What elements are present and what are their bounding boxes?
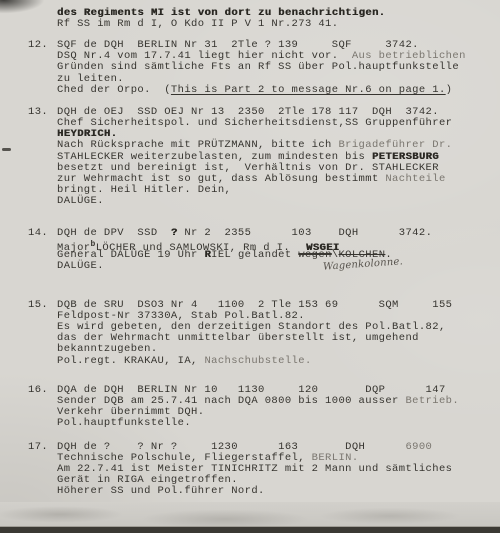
- text-segment: Rf SS im Rm d I, O Kdo II P V 1 Nr.273 4…: [57, 18, 338, 30]
- text-line: Höherer SS und Pol.führer Nord.: [57, 486, 500, 497]
- text-segment: Chef Sicherheitspol. und Sicherheitsdien…: [57, 117, 452, 129]
- text-segment: Aus betrieblichen: [352, 50, 466, 62]
- entry-number: 15.: [28, 300, 48, 311]
- text-segment: das der Wehrmacht unmittelbar überstellt…: [57, 332, 419, 344]
- text-segment: Nachteile: [385, 173, 445, 185]
- text-segment: ?: [171, 227, 178, 239]
- text-line: Chef Sicherheitspol. und Sicherheitsdien…: [57, 118, 500, 129]
- text-segment: Verkehr übernimmt DQH.: [57, 406, 204, 418]
- entry-body: DQA de DQH BERLIN Nr 10 1130 120 DQP 147…: [57, 385, 500, 430]
- typed-insertion: WSGEI: [306, 243, 340, 254]
- text-segment: Pol.hauptfunkstelle.: [57, 417, 191, 429]
- text-segment: DQH de DPV SSD: [57, 227, 171, 239]
- text-segment: zur Wehrmacht ist so gut, dass Ablösung …: [57, 173, 385, 185]
- left-margin-ink-speck: [2, 148, 11, 151]
- text-segment: ): [446, 84, 453, 96]
- text-segment: besetzt und bereinigt ist, Verhältnis vo…: [57, 162, 439, 174]
- text-segment: DALÜGE.: [57, 260, 104, 272]
- text-segment: Gründen sind sämtliche Fts an Rf SS über…: [57, 61, 459, 73]
- text-line: DALÜGE.: [57, 261, 500, 272]
- entry-number: 17.: [28, 442, 48, 453]
- text-segment: PETERSBURG: [372, 151, 439, 163]
- entry-body: DQH de OEJ SSD OEJ Nr 13 2350 2Tle 178 1…: [57, 107, 500, 208]
- text-segment: DQH de OEJ SSD OEJ Nr 13 2350 2Tle 178 1…: [57, 106, 439, 118]
- message-entry: 16.DQA de DQH BERLIN Nr 10 1130 120 DQP …: [0, 385, 500, 430]
- cutoff-line-fragments: -·· ---· ·- ··-- --· ----- ·· --- ··- --…: [55, 0, 465, 5]
- text-segment: DQH de ? ? Nr ? 1230 163 DQH: [57, 441, 405, 453]
- entry-number: 16.: [28, 385, 48, 396]
- text-segment: zu leiten.: [57, 73, 124, 85]
- text-segment: des Regiments MI ist von dort zu benachr…: [57, 7, 385, 19]
- text-segment: Am 22.7.41 ist Meister TINICHRITZ mit 2 …: [57, 463, 452, 475]
- text-segment: Höherer SS und Pol.führer Nord.: [57, 485, 265, 497]
- text-segment: DQA de DQH BERLIN Nr 10 1130 120 DQP 147: [57, 384, 446, 396]
- text-line: DALÜGE.: [57, 196, 500, 207]
- text-segment: IEL gelandet: [211, 249, 298, 261]
- text-segment: Sender DQB am 25.7.41 nach DQA 0800 bis …: [57, 395, 405, 407]
- text-line: General DALÜGE 19 Uhr RIEL gelandet wege…: [57, 250, 500, 261]
- text-line: Pol.regt. KRAKAU, IA, Nachschubstelle.: [57, 356, 500, 367]
- text-segment: Es wird gebeten, den derzeitigen Standor…: [57, 321, 446, 333]
- text-line: DQH de DPV SSD ? Nr 2 2355 103 DQH 3742.: [57, 228, 500, 239]
- message-entry: 13.DQH de OEJ SSD OEJ Nr 13 2350 2Tle 17…: [0, 107, 500, 208]
- text-segment: Nach Rücksprache mit PRÜTZMANN, bitte ic…: [57, 139, 338, 151]
- text-segment: STAHLECKER weiterzubelasten, zum mindest…: [57, 151, 372, 163]
- text-segment: BERLIN.: [312, 452, 359, 464]
- text-segment: Nachschubstelle.: [204, 355, 311, 367]
- intro-paragraph: des Regiments MI ist von dort zu benachr…: [57, 8, 500, 30]
- entry-body: SQF de DQH BERLIN Nr 31 2Tle ? 139 SQF 3…: [57, 40, 500, 96]
- entry-number: 13.: [28, 107, 48, 118]
- entry-body: DQH de DPV SSD ? Nr 2 2355 103 DQH 3742.…: [57, 228, 500, 273]
- text-line: Ched der Orpo. (This is Part 2 to messag…: [57, 85, 500, 96]
- text-segment: Brigadeführer Dr.: [338, 139, 452, 151]
- text-segment: Pol.regt. KRAKAU, IA,: [57, 355, 204, 367]
- text-segment: Nr 2 2355 103 DQH 3742.: [178, 227, 433, 239]
- entry-number: 12.: [28, 40, 48, 51]
- text-segment: Feldpost-Nr 37330A, Stab Pol.Batl.82.: [57, 310, 305, 322]
- message-entry: 12.SQF de DQH BERLIN Nr 31 2Tle ? 139 SQ…: [0, 40, 500, 96]
- text-line: bringt. Heil Hitler. Dein,: [57, 185, 500, 196]
- entry-number: 14.: [28, 228, 48, 239]
- text-segment: DQB de SRU DSO3 Nr 4 1100 2 Tle 153 69 S…: [57, 299, 452, 311]
- entry-body: DQH de ? ? Nr ? 1230 163 DQH 6900Technis…: [57, 442, 500, 498]
- text-segment: Betrieb.: [405, 395, 459, 407]
- message-entry: 15.DQB de SRU DSO3 Nr 4 1100 2 Tle 153 6…: [0, 300, 500, 367]
- top-left-corner-shadow: [0, 0, 46, 14]
- cutoff-line: -·· ---· ·- ··-- --· ----- ·· --- ··- --…: [55, 0, 465, 5]
- text-segment: SQF de DQH BERLIN Nr 31 2Tle ? 139 SQF 3…: [57, 39, 419, 51]
- text-segment: Ched der Orpo. (: [57, 84, 171, 96]
- text-segment: DSQ Nr.4 vom 17.7.41 liegt hier nicht vo…: [57, 50, 352, 62]
- text-line: Pol.hauptfunkstelle.: [57, 418, 500, 429]
- text-segment: bekanntzugeben.: [57, 343, 158, 355]
- scanned-document-page: -·· ---· ·- ··-- --· ----- ·· --- ··- --…: [0, 0, 500, 533]
- text-segment: 6900: [405, 441, 432, 453]
- message-entries: 12.SQF de DQH BERLIN Nr 31 2Tle ? 139 SQ…: [0, 40, 500, 498]
- text-line: Rf SS im Rm d I, O Kdo II P V 1 Nr.273 4…: [57, 19, 500, 30]
- bottom-scan-edge: [0, 526, 500, 533]
- text-segment: DALÜGE.: [57, 195, 104, 207]
- message-entry: 17.DQH de ? ? Nr ? 1230 163 DQH 6900Tech…: [0, 442, 500, 498]
- text-segment: Gerät in RIGA eingetroffen.: [57, 474, 238, 486]
- entry-body: DQB de SRU DSO3 Nr 4 1100 2 Tle 153 69 S…: [57, 300, 500, 367]
- message-entry: 14.DQH de DPV SSD ? Nr 2 2355 103 DQH 37…: [0, 228, 500, 273]
- text-segment: Technische Polschule, Fliegerstaffel,: [57, 452, 312, 464]
- underlined-text: This is Part 2 to message Nr.6 on page 1…: [171, 84, 446, 96]
